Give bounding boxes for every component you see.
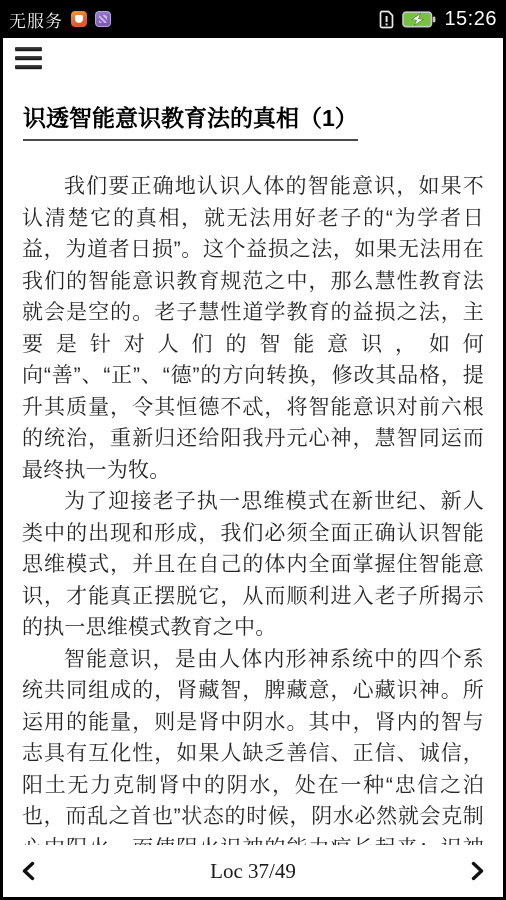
notification-glyph: [99, 15, 107, 23]
article-body[interactable]: 我们要正确地认识人体的智能意识，如果不认清楚它的真相，就无法用好老子的“为学者日…: [22, 171, 484, 896]
notification-glyph: [75, 15, 83, 23]
carrier-status-label: 无服务: [9, 7, 63, 32]
battery-charging-icon: [402, 11, 436, 28]
chevron-right-icon[interactable]: [466, 859, 488, 883]
clock-label: 15:26: [444, 8, 497, 31]
status-bar: 无服务 15:26: [0, 0, 506, 38]
ebook-reader-screen: 无服务 15:26: [0, 0, 506, 900]
menu-bar: [15, 56, 42, 60]
reader-footer: Loc 37/49: [3, 845, 503, 897]
hamburger-menu-icon[interactable]: [15, 47, 42, 69]
orange-app-notification-icon: [71, 11, 87, 27]
menu-bar: [15, 47, 42, 51]
no-sim-alert-icon: [379, 10, 394, 29]
purple-app-notification-icon: [95, 11, 111, 27]
paragraph: 我们要正确地认识人体的智能意识，如果不认清楚它的真相，就无法用好老子的“为学者日…: [22, 171, 484, 486]
location-indicator: Loc 37/49: [210, 859, 296, 884]
status-bar-right: 15:26: [379, 8, 497, 31]
menu-bar: [15, 65, 42, 69]
reader-content-area[interactable]: 识透智能意识教育法的真相（1） 我们要正确地认识人体的智能意识，如果不认清楚它的…: [3, 47, 503, 896]
chevron-left-icon[interactable]: [18, 859, 40, 883]
chapter-title: 识透智能意识教育法的真相（1）: [23, 103, 358, 141]
status-bar-left: 无服务: [9, 7, 111, 32]
paragraph: 为了迎接老子执一思维模式在新世纪、新人类中的出现和形成，我们必须全面正确认识智能…: [22, 486, 484, 644]
